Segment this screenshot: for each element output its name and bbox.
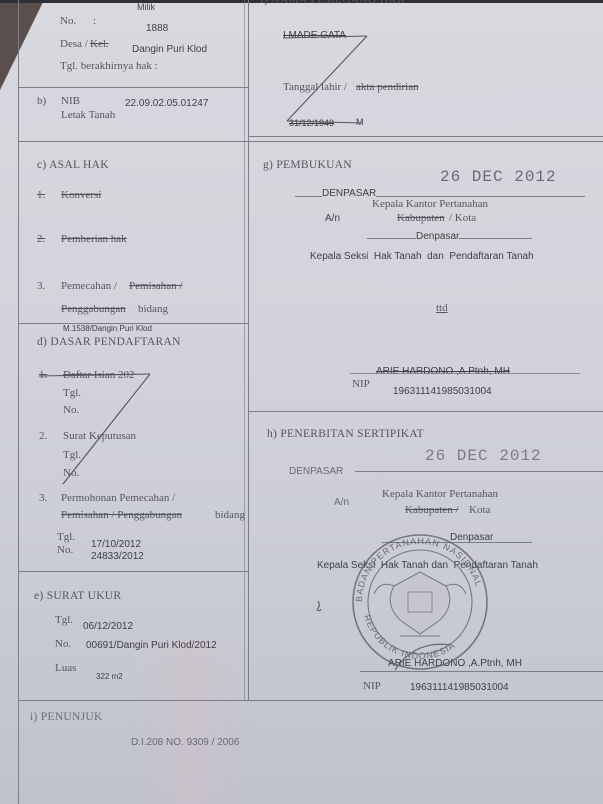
land-certificate-page: Milik No. : 1888 Desa / Kel. Dangin Puri…	[0, 0, 603, 804]
pen-marks-overlay: BADAN PERTANAHAN NASIONAL REPUBLIK INDON…	[0, 0, 603, 804]
cancel-stroke-f	[283, 36, 367, 123]
cancel-stroke-d	[39, 374, 150, 484]
signature-mark	[317, 601, 321, 611]
official-seal-icon: BADAN PERTANAHAN NASIONAL REPUBLIK INDON…	[353, 535, 487, 670]
